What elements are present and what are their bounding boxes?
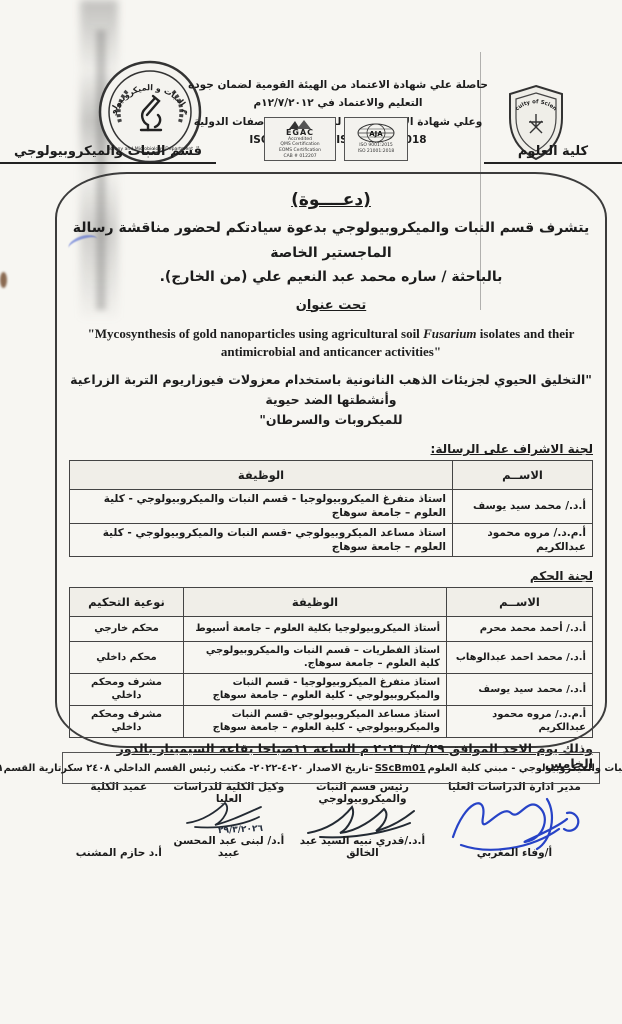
accreditation-statement: حاصلة علي شهادة الاعتماد من الهيئة القوم… bbox=[188, 76, 488, 150]
table-row: أ.م.د./ مروه محمود عبدالكريم استاذ مساعد… bbox=[70, 523, 593, 556]
table-row: أ.د./ أحمد محمد محرم أستاذ الميكروبيولوج… bbox=[70, 616, 593, 641]
signatures-row: مدير ادارة الدراسات العليا أ/وفاء المغرب… bbox=[69, 781, 593, 867]
table-row: أ.د./ محمد سيد يوسف استاذ متفرغ الميكروب… bbox=[70, 490, 593, 523]
aja-accreditation-logo: AJA ISO 9001:2015 ISO 21001:2018 bbox=[344, 117, 408, 161]
footer-text-left: -تاريخ الاصدار ٢٠-٤-٢٠٢٢- مكتب رئيس القس… bbox=[0, 763, 373, 774]
department-name-label: قسم النبات والميكروبيولوجي bbox=[0, 144, 216, 164]
table-row: أ.م.د./ مروه محمود عبدالكريم استاذ مساعد… bbox=[70, 705, 593, 737]
judging-committee-table: الاســم الوظيفة نوعية التحكيم أ.د./ أحمد… bbox=[69, 587, 593, 738]
signature-name: أ.د حازم المشنب bbox=[69, 847, 169, 859]
signature-dean: عميد الكلية أ.د حازم المشنب bbox=[69, 781, 169, 867]
signature-name: أ.د./قدري نبيه السيد عبد الخالق bbox=[289, 835, 436, 859]
signature-department-head: رئيس قسم النبات والميكروبيولوجي أ.د./قدر… bbox=[289, 781, 436, 867]
supervision-committee-table: الاســم الوظيفة أ.د./ محمد سيد يوسف استا… bbox=[69, 460, 593, 557]
supervisor-position: استاذ متفرغ الميكروبيولوجيا - قسم النبات… bbox=[70, 490, 453, 523]
invitation-body: يتشرف قسم النبات والميكروبيولوجي بدعوة س… bbox=[69, 216, 593, 290]
judge-name: أ.د./ أحمد محمد محرم bbox=[447, 616, 593, 641]
egac-cab-number: CAB # 012207 bbox=[283, 154, 316, 160]
name-column-header: الاســم bbox=[453, 461, 593, 490]
name-column-header: الاســم bbox=[447, 587, 593, 616]
position-column-header: الوظيفة bbox=[184, 587, 447, 616]
supervisor-position: استاذ مساعد الميكروبيولوجي -قسم النبات و… bbox=[70, 523, 453, 556]
egac-accreditation-logo: EGAC Accredited QMS Certification EOMS C… bbox=[264, 117, 336, 161]
judge-name: أ.م.د./ مروه محمود عبدالكريم bbox=[447, 705, 593, 737]
position-column-header: الوظيفة bbox=[70, 461, 453, 490]
thesis-title-en-pre: "Mycosynthesis of gold nanoparticles usi… bbox=[88, 326, 424, 341]
accreditation-line2: وعلي شهادة الاعتماد طبقا لمتطلبات المواص… bbox=[188, 113, 488, 150]
egac-name: EGAC bbox=[286, 129, 314, 137]
invitation-box: (دعــــوة) يتشرف قسم النبات والميكروبيول… bbox=[55, 172, 607, 748]
judge-type: مشرف ومحكم داخلي bbox=[70, 673, 184, 705]
footer-text-right: قسم علم النبات والميكروبيولوجي - مبني كل… bbox=[428, 763, 622, 774]
signature-name: أ.د/ لبنى عبد المحسن عبيد bbox=[169, 835, 290, 859]
aja-globe-icon: AJA bbox=[356, 123, 396, 143]
judging-committee-label: لجنة الحكم bbox=[69, 569, 593, 583]
svg-text:AJA: AJA bbox=[369, 130, 383, 138]
supervisor-name: أ.م.د./ مروه محمود عبدالكريم bbox=[453, 523, 593, 556]
under-title-label: تحت عنوان bbox=[69, 298, 593, 313]
table-row: أ.د./ محمد سيد يوسف استاذ متفرغ الميكروب… bbox=[70, 673, 593, 705]
judge-name: أ.د./ محمد سيد يوسف bbox=[447, 673, 593, 705]
judge-position: استاذ متفرغ الميكروبيولوجيا - قسم النبات… bbox=[184, 673, 447, 705]
signature-title: رئيس قسم النبات والميكروبيولوجي bbox=[289, 781, 436, 805]
supervision-committee-label: لجنة الاشراف على الرسالة: bbox=[69, 442, 593, 456]
thesis-title-english: "Mycosynthesis of gold nanoparticles usi… bbox=[69, 325, 593, 363]
signature-title: وكيل الكلية للدراسات العليا bbox=[169, 781, 290, 805]
supervisor-name: أ.د./ محمد سيد يوسف bbox=[453, 490, 593, 523]
signature-grad-studies-director: مدير ادارة الدراسات العليا أ/وفاء المغرب… bbox=[436, 781, 593, 867]
type-column-header: نوعية التحكيم bbox=[70, 587, 184, 616]
judge-name: أ.د./ محمد احمد عبدالوهاب bbox=[447, 641, 593, 673]
judge-position: استاذ الفطريات – قسم النبات والميكروبيول… bbox=[184, 641, 447, 673]
thesis-title-ar-line1: "التخليق الحيوي لجزيئات الذهب النانونية … bbox=[70, 372, 592, 407]
aja-iso2: ISO 21001:2018 bbox=[358, 149, 394, 155]
signature-vice-dean: وكيل الكلية للدراسات العليا ٢٩/٣/٢٠٢٦ أ.… bbox=[169, 781, 290, 867]
judge-type: محكم داخلي bbox=[70, 641, 184, 673]
footer-contact-bar: قسم علم النبات والميكروبيولوجي - مبني كل… bbox=[62, 752, 600, 784]
thesis-title-en-genus: Fusarium bbox=[423, 326, 476, 341]
judge-type: محكم خارجي bbox=[70, 616, 184, 641]
table-header-row: الاســم الوظيفة bbox=[70, 461, 593, 490]
thesis-title-ar-line2: للميكروبات والسرطان" bbox=[259, 412, 402, 427]
judge-position: أستاذ الميكروبيولوجيا بكلية العلوم – جام… bbox=[184, 616, 447, 641]
judge-type: مشرف ومحكم داخلي bbox=[70, 705, 184, 737]
table-row: أ.د./ محمد احمد عبدالوهاب استاذ الفطريات… bbox=[70, 641, 593, 673]
edge-stain bbox=[0, 272, 7, 288]
invitation-heading: (دعــــوة) bbox=[69, 190, 593, 210]
footer-document-code: SScBm01 bbox=[373, 763, 428, 774]
faculty-name-label: كلية العلوم bbox=[484, 144, 622, 164]
invitation-body-line2: بالباحثة / ساره محمد عبد النعيم علي (من … bbox=[160, 269, 503, 285]
table-header-row: الاســم الوظيفة نوعية التحكيم bbox=[70, 587, 593, 616]
invitation-body-line1: يتشرف قسم النبات والميكروبيولوجي بدعوة س… bbox=[73, 220, 589, 261]
thesis-title-arabic: "التخليق الحيوي لجزيئات الذهب النانونية … bbox=[69, 370, 593, 430]
signature-name: أ/وفاء المغربي bbox=[436, 847, 593, 859]
judge-position: استاذ مساعد الميكروبيولوجي -قسم النبات و… bbox=[184, 705, 447, 737]
accreditation-line1: حاصلة علي شهادة الاعتماد من الهيئة القوم… bbox=[188, 76, 488, 113]
scanned-invitation-page: قسم النبات و الميكروبيولوجي Botany and M… bbox=[0, 0, 622, 1024]
